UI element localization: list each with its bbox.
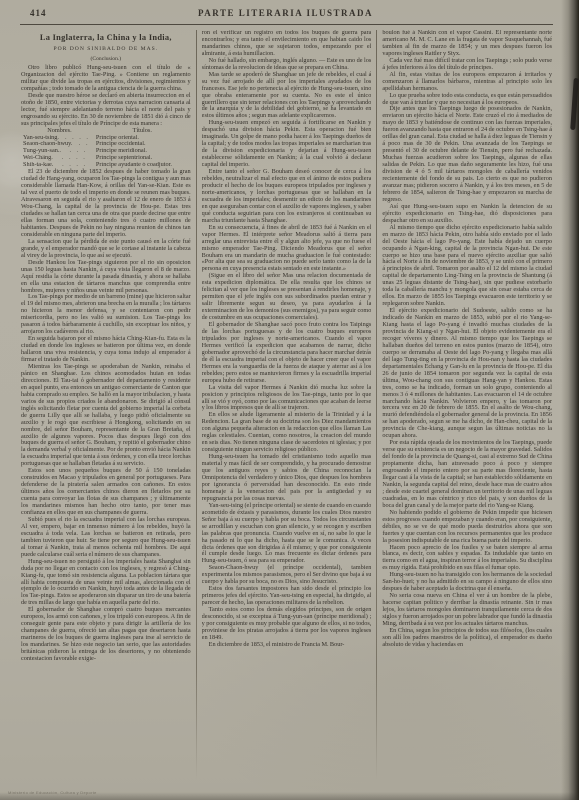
prince-title: Príncipe occidental.: [96, 141, 189, 148]
princes-table: Nombres. Títulos. Yan-seu-tsing. . . . .…: [23, 128, 189, 170]
text-columns: La Inglaterra, la China y la India, POR …: [21, 30, 552, 780]
paragraph: Al fin, estas visitas de los europeos em…: [382, 72, 552, 93]
column-2: ron el verificar un registro en todos lo…: [202, 30, 372, 780]
prince-row: Wei-Châng. . . . . Príncipe septentriona…: [23, 155, 189, 162]
prince-name: Wei-Châng.: [23, 155, 53, 162]
prince-title: Príncipe meridional.: [96, 148, 189, 155]
paragraph: Hacen poco aprecio de los fusiles y se b…: [382, 545, 552, 573]
paragraph: En seguida bajaron por el mismo hácia Ch…: [21, 336, 191, 364]
conclusion-note: (Conclusion.): [21, 56, 191, 62]
paragraph: En ellos se alude ligeramente al misteri…: [202, 412, 372, 454]
paragraph: Hung-seu-tsuen no ha transigido con los …: [382, 572, 552, 593]
table-col-nombres: Nombres.: [23, 128, 96, 135]
paragraph: (Sigue en el libro del señor Mas una rel…: [202, 273, 372, 322]
paragraph: Hung-seu-tsuen no persiguió á los imperi…: [21, 559, 191, 608]
dot-leader: . . . .: [53, 162, 96, 169]
column-1: La Inglaterra, la China y la India, POR …: [21, 30, 191, 780]
paragraph: El 23 de diciembre de 1852 despues de ha…: [21, 169, 191, 239]
paragraph: Lo que prueba sobre todo esta conducta, …: [382, 93, 552, 107]
dot-leader: . . . .: [53, 155, 96, 162]
dot-leader: . . .: [61, 148, 96, 155]
page-header: 414 PARTE LITERARIA ILUSTRADA: [22, 8, 549, 22]
paragraph: Tanto estos como los demás elegidos prín…: [202, 607, 372, 642]
page-bottom-shadow: [0, 792, 579, 800]
paragraph: Los Tae-pings por medio de un barreno (m…: [21, 294, 191, 336]
prince-row: Seaon-chaon-hwuy. . . Príncipe occidenta…: [23, 141, 189, 148]
paragraph: boulon fué á Nankin con el vapor Cassini…: [382, 30, 552, 58]
paragraph: Otro libro publicó Hung-seu-tsuen con el…: [21, 65, 191, 93]
paragraph: La sensacion que la pérdida de este punt…: [21, 239, 191, 260]
dot-leader: . . . .: [59, 135, 96, 142]
scanned-page: 414 PARTE LITERARIA ILUSTRADA La Inglate…: [0, 0, 579, 800]
header-rule: [20, 24, 553, 25]
prince-name: Tung-yun-san..: [23, 148, 61, 155]
princes-rows: Yan-seu-tsing. . . . . Príncipe oriental…: [23, 135, 189, 170]
paragraph: El ejército expedicionario del Sudoeste,…: [382, 308, 552, 440]
paragraph: Cada vez fué mas difícil tratar con los …: [382, 58, 552, 72]
paragraph: Hung-seu-tsuen ha tomado del cristianism…: [202, 454, 372, 503]
paragraph: Al mismo tiempo que dicho ejército exped…: [382, 225, 552, 308]
paragraph: Desde que nuestro héroe se declaró en ab…: [21, 93, 191, 128]
paragraph: Subió pues el rio la escuadra imperial c…: [21, 517, 191, 559]
prince-title: Príncipe septentrional.: [96, 155, 189, 162]
paragraph: Estos dos farsantes impostores han sido …: [202, 586, 372, 607]
paragraph: Mas tarde se apoderó de Shanghae un jefe…: [202, 72, 372, 121]
paragraph: En su consecuencia, á fines de abril de …: [202, 225, 372, 274]
prince-name: Yan-seu-tsing.: [23, 135, 59, 142]
paragraph: Así que Hung-seu-tsuen supo en Nankin la…: [382, 204, 552, 225]
paragraph: El gobernador de Shanghae sacó poco frut…: [202, 322, 372, 385]
paragraph: La visita del vapor Hermes á Nankin dió …: [202, 385, 372, 413]
table-col-titulos: Títulos.: [96, 128, 189, 135]
paragraph: No fué hallado, sin embargo, inglés algu…: [202, 58, 372, 72]
paragraph: Por esta rápida ojeada de los movimiento…: [382, 440, 552, 510]
article-title: La Inglaterra, la China y la India,: [21, 33, 191, 42]
paragraph-group: Otro libro publicó Hung-seu-tsuen con el…: [21, 65, 191, 128]
paragraph-group: ron el verificar un registro en todos lo…: [202, 30, 372, 649]
paragraph: El gobernador de Shanghae compró cuatro …: [21, 607, 191, 663]
dot-leader: . .: [72, 141, 96, 148]
header-title: PARTE LITERARIA ILUSTRADA: [22, 8, 549, 18]
prince-row: Tung-yun-san.. . . . Príncipe meridional…: [23, 148, 189, 155]
article-byline: POR DON SINIBALDO DE MAS.: [21, 46, 191, 52]
prince-title: Príncipe oriental.: [96, 135, 189, 142]
paragraph: ron el verificar un registro en todos lo…: [202, 30, 372, 58]
paragraph: Seaon-Chaon-hwuy (el príncipe occidental…: [202, 565, 372, 586]
column-divider: [196, 30, 197, 780]
paragraph-group: boulon fué á Nankin con el vapor Cassini…: [382, 30, 552, 649]
paragraph: Dije antes que los Taepings luego de pos…: [382, 106, 552, 203]
paragraph: Yan-seu-tsing (el príncipe oriental) se …: [202, 503, 372, 566]
prince-row: Yan-seu-tsing. . . . . Príncipe oriental…: [23, 135, 189, 142]
prince-name: Seaon-chaon-hwuy.: [23, 141, 72, 148]
paragraph: Desde Hankou los Tae-pings siguieron por…: [21, 260, 191, 295]
princes-table-header: Nombres. Títulos.: [23, 128, 189, 135]
paragraph: No habiendo podido el gobierno de Pekin …: [382, 510, 552, 545]
paragraph: En China, segun los principios de todos …: [382, 628, 552, 649]
paragraph: Estos son unos pequeños buques de 50 á 1…: [21, 468, 191, 517]
paragraph: En diciembre de 1853, el ministro de Fra…: [202, 642, 372, 649]
paragraph: Mientras los Tae-pings se apoderaban de …: [21, 364, 191, 468]
paragraph: Entre tanto el señor G. Bouham deseó con…: [202, 169, 372, 225]
paragraph-group: El 23 de diciembre de 1852 despues de ha…: [21, 169, 191, 663]
paragraph: Hung-seu-tsuen empezó en seguida á forti…: [202, 120, 372, 169]
column-divider: [376, 30, 377, 780]
paragraph: No seria cosa nueva en China el ver á un…: [382, 593, 552, 628]
column-3: boulon fué á Nankin con el vapor Cassini…: [382, 30, 552, 780]
